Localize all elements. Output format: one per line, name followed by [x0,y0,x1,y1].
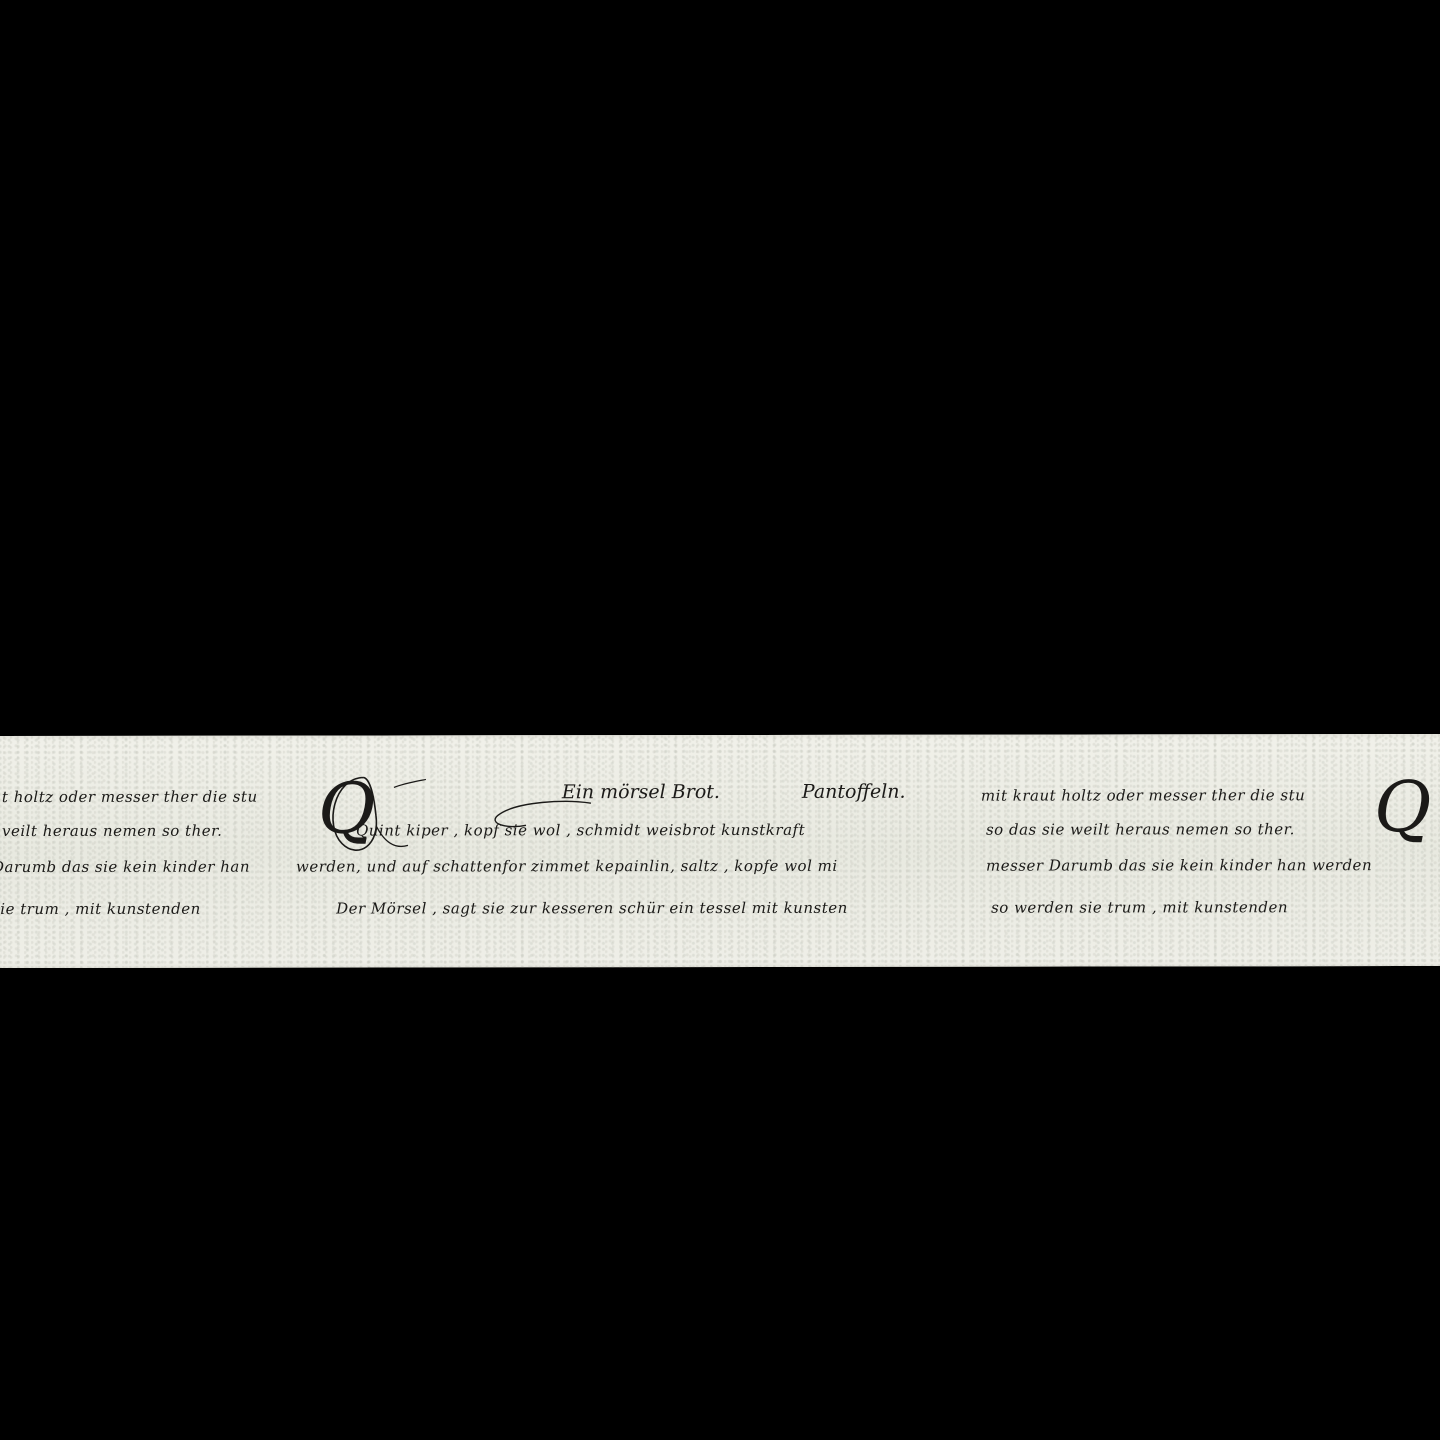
right-line-3: messer Darumb das sie kein kinder han we… [986,856,1372,875]
heading-moersel-brot: Ein mörsel Brot. [562,781,720,803]
right-line-2: so das sie weilt heraus nemen so ther. [986,820,1295,838]
left-line-1: t holtz oder messer ther die stu [2,788,258,806]
manuscript-strip: t holtz oder messer ther die stu veilt h… [0,734,1440,968]
left-line-2: veilt heraus nemen so ther. [2,822,222,840]
center-line-1: Quint kiper , kopf sie wol , schmidt wei… [356,821,805,840]
decorated-initial-q-right: Q [1374,772,1431,842]
right-line-4: so werden sie trum , mit kunstenden [991,898,1288,916]
center-line-2: werden, und auf schattenfor zimmet kepai… [296,857,838,876]
center-line-3: Der Mörsel , sagt sie zur kesseren schür… [336,899,848,918]
left-line-4: sie trum , mit kunstenden [0,900,201,918]
right-line-1: mit kraut holtz oder messer ther die stu [981,786,1305,804]
heading-pantoffeln: Pantoffeln. [802,781,906,803]
page-background: t holtz oder messer ther die stu veilt h… [0,0,1440,1440]
left-line-3: Darumb das sie kein kinder han [0,858,250,876]
